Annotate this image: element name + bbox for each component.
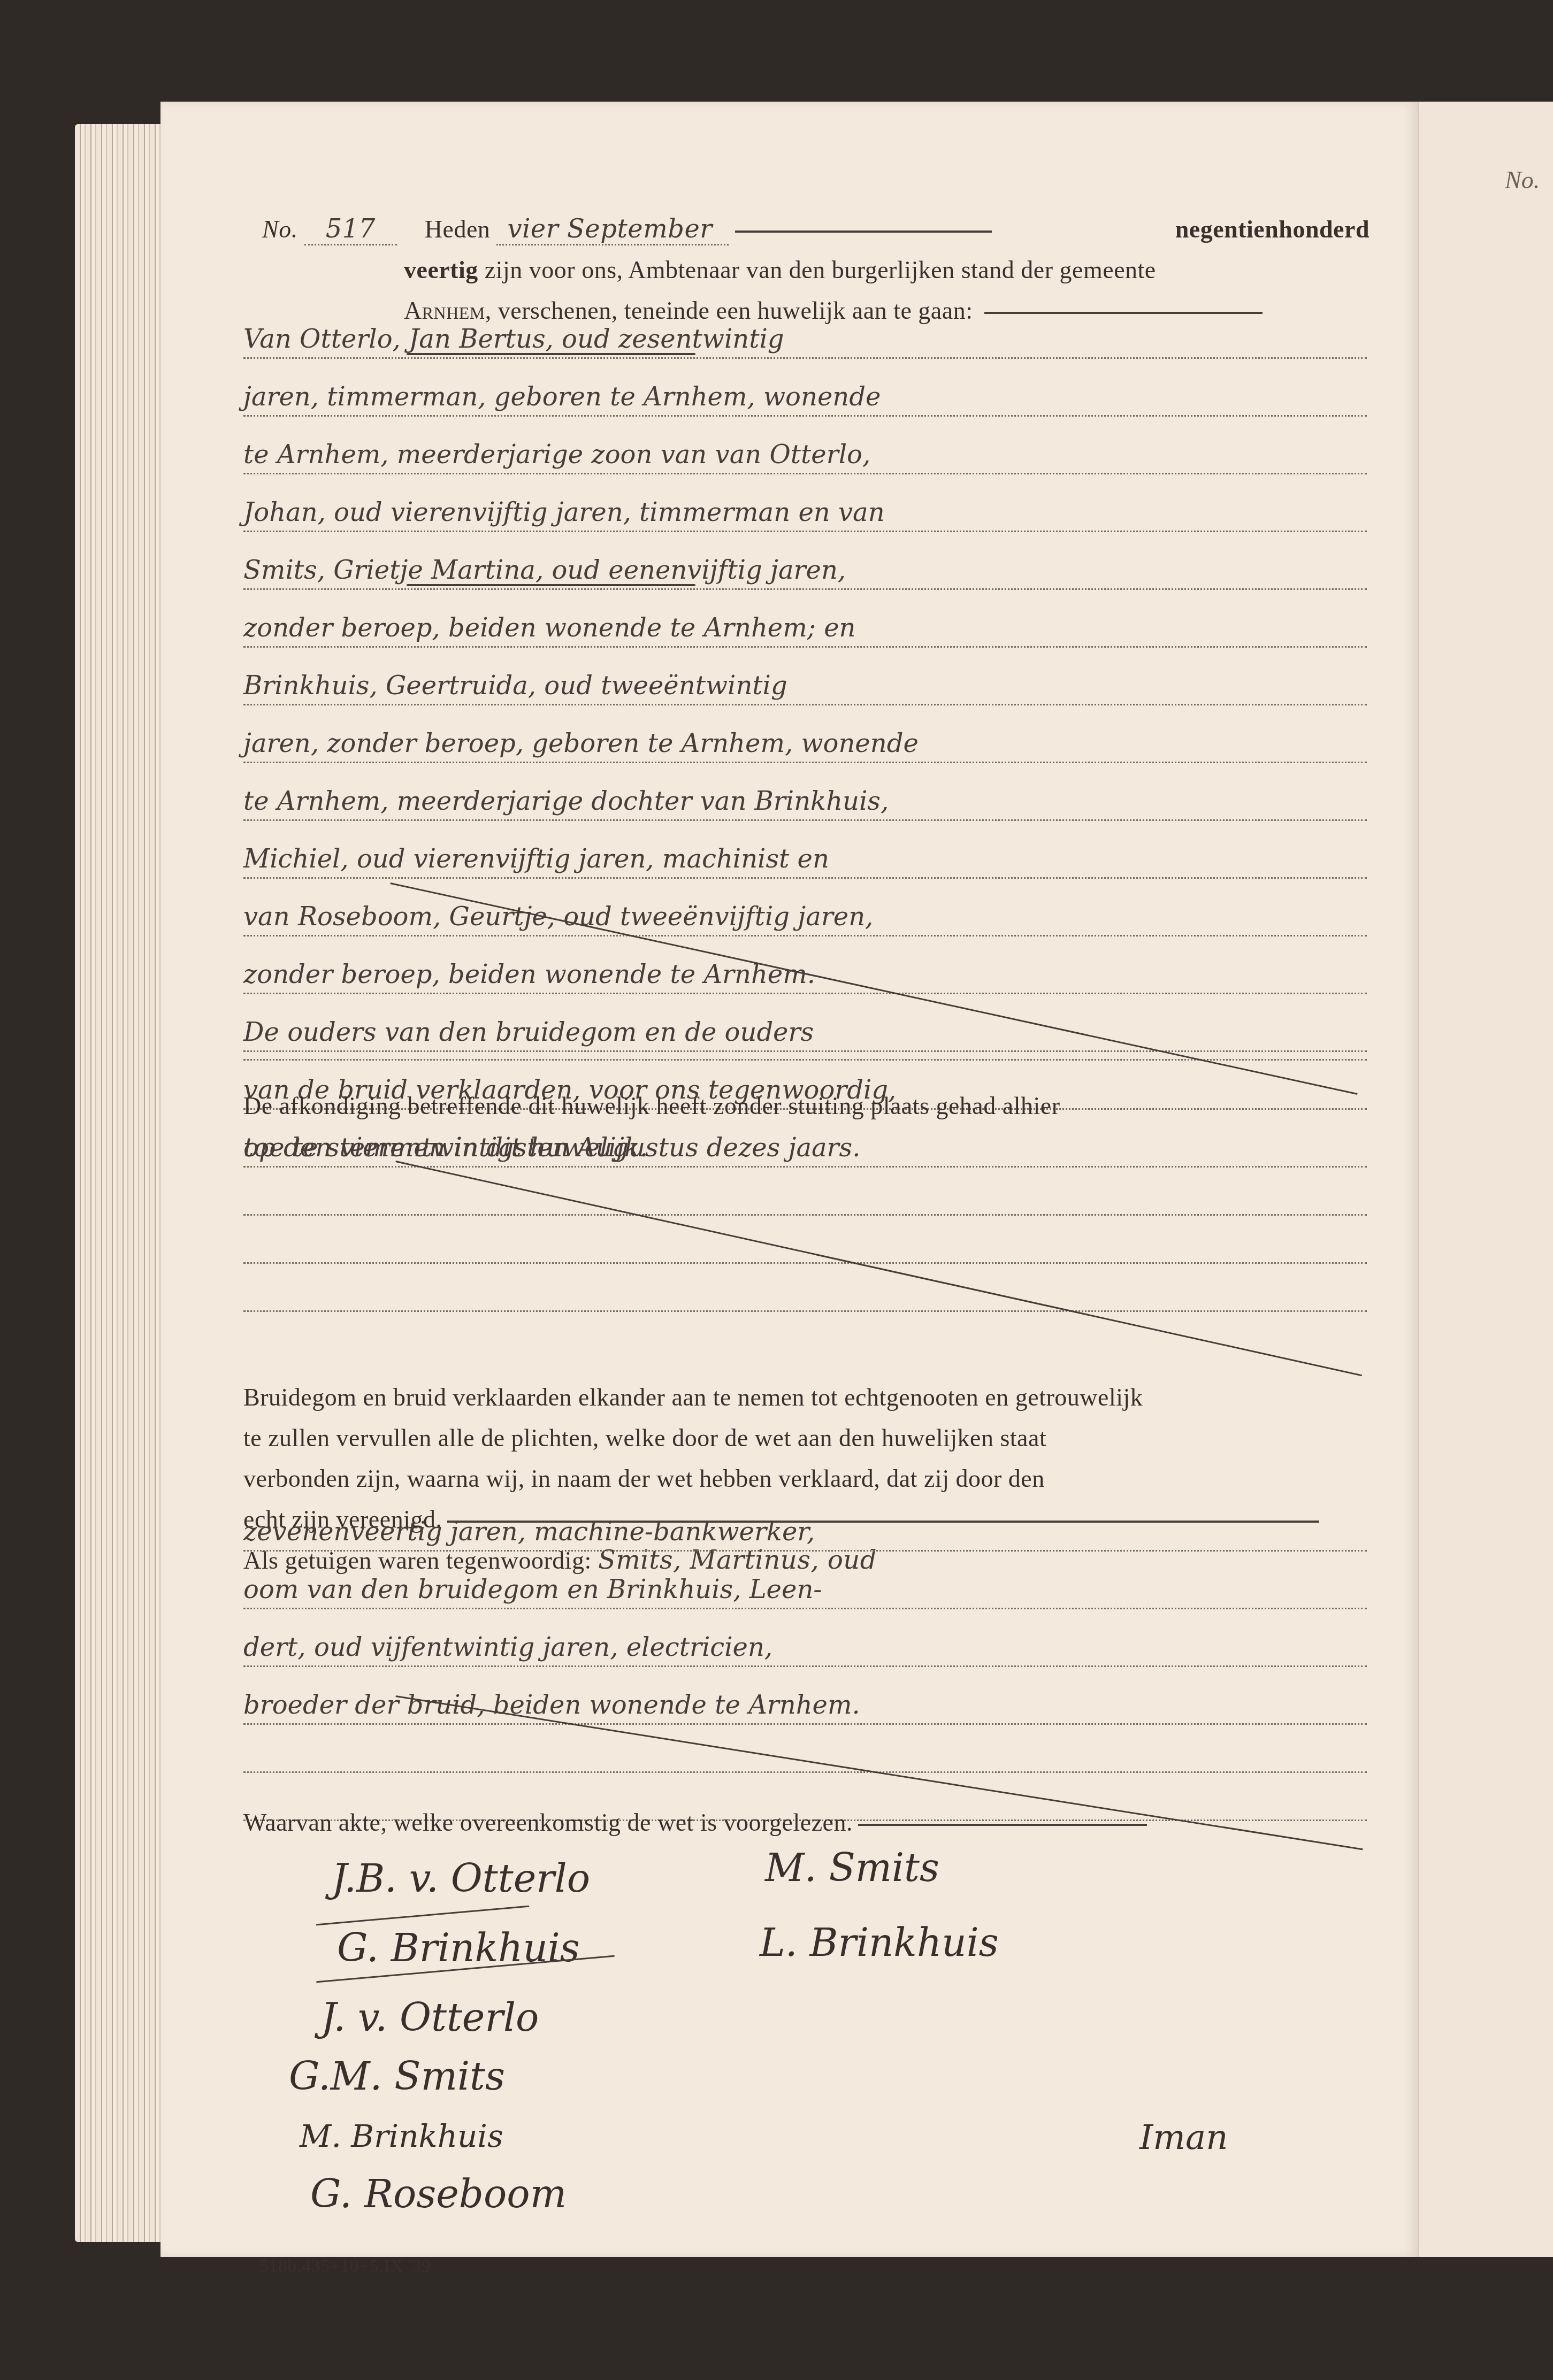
parties-line: zonder beroep, beiden wonende te Arnhem;… bbox=[243, 588, 1367, 648]
declaration-line: Bruidegom en bruid verklaarden elkander … bbox=[243, 1377, 1367, 1418]
signature-mother-groom: G.M. Smits bbox=[289, 2054, 505, 2099]
afkondiging-handwritten: op den vierentwintigsten Augustus dezes … bbox=[243, 1133, 860, 1163]
parties-line: Michiel, oud vierenvijftig jaren, machin… bbox=[243, 819, 1367, 879]
no-label: No. bbox=[262, 216, 298, 243]
next-page-no-label: No. bbox=[1505, 166, 1540, 194]
heden-label: Heden bbox=[425, 216, 491, 243]
year-part1: negentienhonderd bbox=[1175, 209, 1370, 250]
parties-line: Smits, Grietje Martina, oud eenenvijftig… bbox=[243, 531, 1367, 590]
signature-mother-bride: G. Roseboom bbox=[310, 2171, 567, 2216]
parties-line: Johan, oud vierenvijftig jaren, timmerma… bbox=[243, 473, 1367, 532]
parties-line: Van Otterlo, Jan Bertus, oud zesentwinti… bbox=[243, 300, 1367, 359]
signature-father-bride: M. Brinkhuis bbox=[300, 2118, 503, 2154]
parties-line: jaren, timmerman, geboren te Arnhem, won… bbox=[243, 357, 1367, 417]
blank-line bbox=[243, 1723, 1367, 1773]
year-part2: veertig bbox=[404, 256, 478, 283]
blank-line bbox=[243, 1214, 1367, 1264]
witness-line: zevenenveertig jaren, machine-bankwerker… bbox=[243, 1492, 1367, 1552]
declaration-line: te zullen vervullen alle de plichten, we… bbox=[243, 1418, 1367, 1458]
parties-line: van Roseboom, Geurtje, oud tweeënvijftig… bbox=[243, 877, 1367, 936]
date-handwritten: vier September bbox=[496, 214, 728, 245]
page-stack-edge bbox=[75, 124, 166, 2242]
next-page-edge: No. bbox=[1418, 102, 1553, 2257]
signature-bride: G. Brinkhuis bbox=[337, 1925, 580, 1970]
blank-line bbox=[243, 1166, 1367, 1216]
parties-line: te Arnhem, meerderjarige dochter van Bri… bbox=[243, 762, 1367, 821]
intro-text: zijn voor ons, Ambtenaar van den burgerl… bbox=[485, 256, 1156, 283]
signature-groom: J.B. v. Otterlo bbox=[332, 1856, 590, 1901]
witness-line: broeder der bruid, beiden wonende te Arn… bbox=[243, 1665, 1367, 1725]
signature-official: Iman bbox=[1139, 2118, 1228, 2158]
parties-line: zonder beroep, beiden wonende te Arnhem. bbox=[243, 935, 1367, 994]
witness-line: oom van den bruidegom en Brinkhuis, Leen… bbox=[243, 1550, 1367, 1609]
blank-line bbox=[243, 1016, 1367, 1061]
record-number: 517 bbox=[304, 214, 397, 245]
signature-witness1: M. Smits bbox=[765, 1845, 939, 1890]
parties-line: jaren, zonder beroep, geboren te Arnhem,… bbox=[243, 704, 1367, 763]
signature-father-groom: J. v. Otterlo bbox=[321, 1995, 539, 2040]
afkondiging-line: op den vierentwintigsten Augustus dezes … bbox=[243, 1112, 1367, 1168]
name-underline bbox=[407, 584, 695, 586]
parties-line: Brinkhuis, Geertruida, oud tweeëntwintig bbox=[243, 646, 1367, 705]
print-code: 518b.435+10+5.IX '39 bbox=[259, 2246, 431, 2287]
closing-line: Waarvan akte, welke overeenkomstig de we… bbox=[243, 1802, 1367, 1843]
name-underline bbox=[407, 353, 695, 355]
parties-line: te Arnhem, meerderjarige zoon van van Ot… bbox=[243, 415, 1367, 474]
blank-line bbox=[243, 1262, 1367, 1312]
witness-line: dert, oud vijfentwintig jaren, electrici… bbox=[243, 1608, 1367, 1667]
signature-witness2: L. Brinkhuis bbox=[760, 1920, 999, 1965]
